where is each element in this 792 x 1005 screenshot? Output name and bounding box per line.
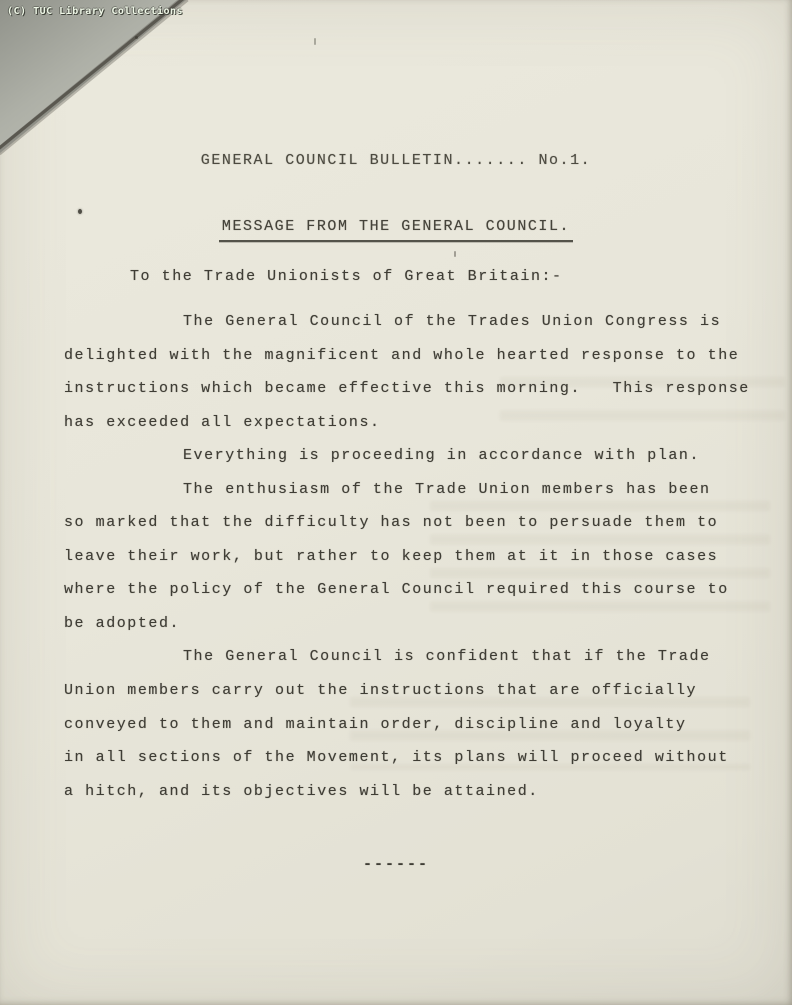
ink-speck <box>78 209 82 214</box>
salutation-line: To the Trade Unionists of Great Britain:… <box>130 266 563 288</box>
body-line: be adopted. <box>64 607 764 641</box>
body-line: The General Council is confident that if… <box>64 640 764 674</box>
body-line: leave their work, but rather to keep the… <box>64 540 764 574</box>
body-line: has exceeded all expectations. <box>64 406 764 440</box>
body-line: instructions which became effective this… <box>64 372 764 406</box>
scanned-document-page: (C) TUC Library Collections GENERAL COUN… <box>0 0 792 1005</box>
body-line: in all sections of the Movement, its pla… <box>64 741 764 775</box>
body-line: Union members carry out the instructions… <box>64 674 764 708</box>
scan-corner-backing <box>0 0 200 165</box>
closing-separator: ------ <box>0 854 792 876</box>
body-line: delighted with the magnificent and whole… <box>64 339 764 373</box>
ink-speck <box>314 38 316 45</box>
body-line: so marked that the difficulty has not be… <box>64 506 764 540</box>
document-body: The General Council of the Trades Union … <box>64 305 764 808</box>
body-line: Everything is proceeding in accordance w… <box>64 439 764 473</box>
body-line: a hitch, and its objectives will be atta… <box>64 775 764 809</box>
body-line: The enthusiasm of the Trade Union member… <box>64 473 764 507</box>
document-title: GENERAL COUNCIL BULLETIN....... No.1. <box>0 150 792 172</box>
ink-speck <box>135 36 138 39</box>
document-heading-text: MESSAGE FROM THE GENERAL COUNCIL. <box>219 217 573 242</box>
body-line: The General Council of the Trades Union … <box>64 305 764 339</box>
document-heading: MESSAGE FROM THE GENERAL COUNCIL. <box>0 217 792 242</box>
body-line: where the policy of the General Council … <box>64 573 764 607</box>
ink-speck <box>454 251 456 257</box>
body-line: conveyed to them and maintain order, dis… <box>64 708 764 742</box>
copyright-watermark: (C) TUC Library Collections <box>7 6 183 17</box>
